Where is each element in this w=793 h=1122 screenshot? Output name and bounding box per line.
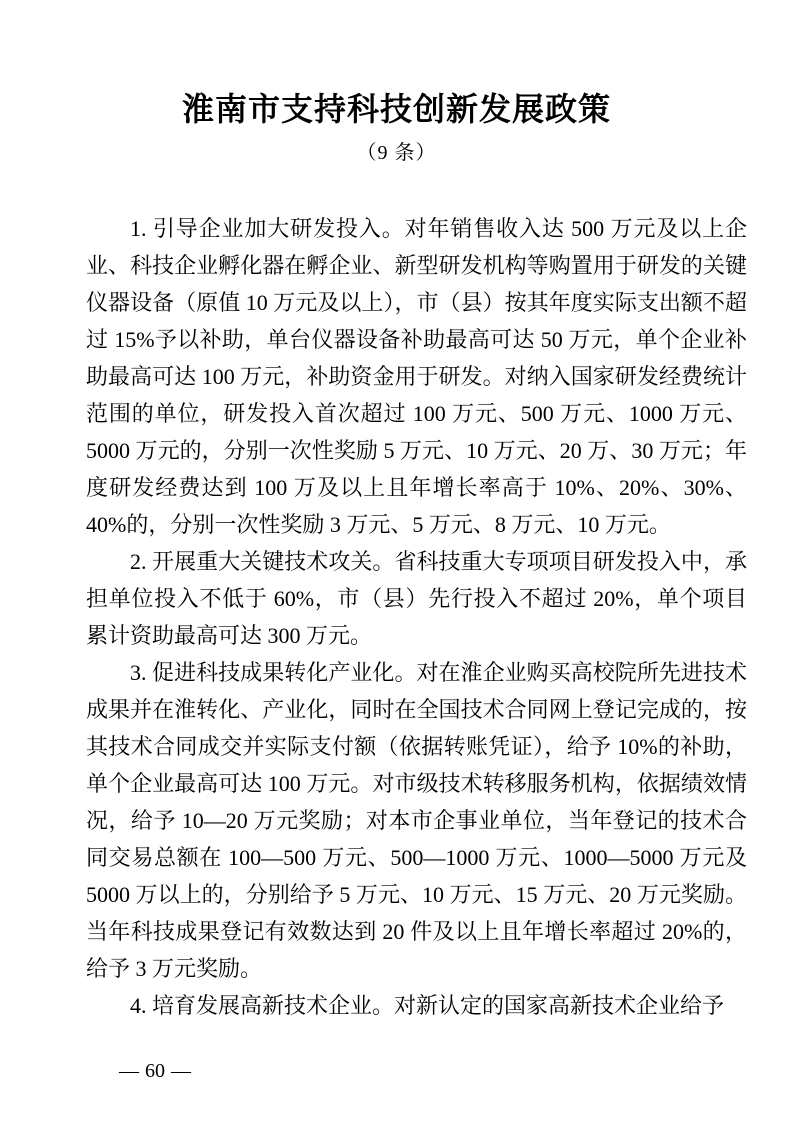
policy-paragraph-3: 3. 促进科技成果转化产业化。对在淮企业购买高校院所先进技术成果并在淮转化、产业… xyxy=(86,654,747,987)
document-header: 淮南市支持科技创新发展政策 （9 条） xyxy=(0,90,793,165)
footer-dash-right: — xyxy=(165,1060,197,1082)
footer-dash-left: — xyxy=(113,1060,145,1082)
policy-paragraph-4: 4. 培育发展高新技术企业。对新认定的国家高新技术企业给予 xyxy=(86,987,747,1024)
policy-body: 1. 引导企业加大研发投入。对年销售收入达 500 万元及以上企业、科技企业孵化… xyxy=(86,210,747,1024)
policy-paragraph-1: 1. 引导企业加大研发投入。对年销售收入达 500 万元及以上企业、科技企业孵化… xyxy=(86,210,747,543)
document-page: 淮南市支持科技创新发展政策 （9 条） 1. 引导企业加大研发投入。对年销售收入… xyxy=(0,0,793,1122)
document-title: 淮南市支持科技创新发展政策 xyxy=(0,90,793,128)
page-number: 60 xyxy=(145,1060,165,1082)
article-count-subtitle: （9 条） xyxy=(0,141,793,165)
policy-paragraph-2: 2. 开展重大关键技术攻关。省科技重大专项项目研发投入中，承担单位投入不低于 6… xyxy=(86,543,747,654)
page-footer: —60— xyxy=(93,1035,197,1107)
